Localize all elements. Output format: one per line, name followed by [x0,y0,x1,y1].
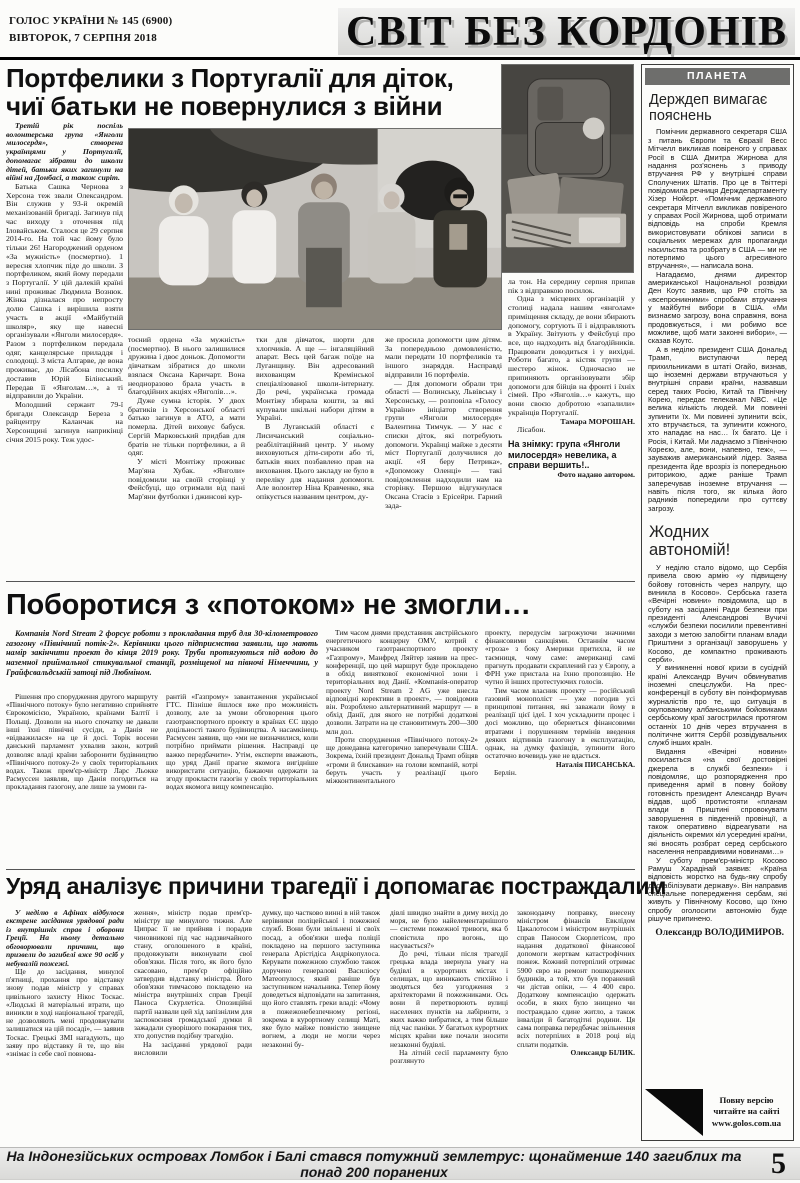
article1-headline-line1: Портфелики з Португалії для діток, [6,63,454,93]
article1-headline: Портфелики з Португалії для діток, чиї б… [6,64,494,120]
article1-column-2: тоєний ордена «За мужність» (посмертно).… [128,336,245,576]
article3-col5-body: законодавчу поправку, внесену міністром … [517,909,635,1049]
paragraph: тки для дівчаток, шорти для хлопчиків. А… [256,336,374,423]
footer-band: На Індонезійських островах Ломбок і Балі… [0,1147,800,1180]
paragraph: Видання «Вечірні новини» посилається «на… [648,748,787,857]
paragraph: Рішення про спорудження другого маршруту… [6,693,158,792]
paragraph: Батька Сашка Чернова з Херсона теж звали… [6,183,123,401]
planet-sidebar: ПЛАНЕТА Держдеп вимагає пояснень Помічни… [641,64,794,1141]
section-title-band: СВІТ БЕЗ КОРДОНІВ [338,8,795,55]
paragraph: ження», міністр подав прем'єр-міністру щ… [134,909,252,1041]
article1-column-1: Третій рік поспіль волонтерська група «Я… [6,122,123,576]
paragraph: На засіданні урядової ради висловили [134,1041,252,1057]
paragraph: Нагадаємо, днями директор американської … [648,271,787,346]
sidebar-story2-author: Олександр ВОЛОДИМИРОВ. [651,928,784,939]
article3-column-1: У неділю в Афінах відбулося екстрене зас… [6,909,124,1139]
article2-col-d-body: проекту, передусім загрожуючи значними ф… [485,629,635,761]
article3-column-3: думку, що частково винні в ній також кер… [262,909,380,1139]
article2-column-a: Рішення про спорудження другого маршруту… [6,693,158,865]
paragraph: — Для допомоги обрали три області — Воли… [385,380,502,511]
article1-column-5: ла тон. На середину серпня припав пік з … [508,278,635,576]
sidebar-section-header: ПЛАНЕТА [645,68,790,85]
paragraph: Проти спорудження «Північного потоку-2» … [326,736,478,785]
sidebar-story2-heading: Жодних автономій! [649,523,786,560]
article2-author-place: Берлін. [485,769,635,777]
paragraph: Одна з місцевих організацій у столиці на… [508,295,635,417]
issue-date: ВІВТОРОК, 7 СЕРПНЯ 2018 [9,30,172,47]
photo-credit: Фото надано автором. [508,471,635,480]
article2-headline: Поборотися з «потоком» не змогли… [6,589,635,622]
header-rule [0,57,800,60]
paragraph: Ще до засідання, минулої п'ятниці, проха… [6,968,124,1058]
sidebar-story2-body: У неділю стало відомо, що Сербія привела… [648,564,787,923]
article1-column-4: же просила допомогти цим дітям. За попер… [385,336,502,576]
article-divider-rule [6,581,635,582]
article2-column-d: проекту, передусім загрожуючи значними ф… [485,629,635,865]
article1-lead: Третій рік поспіль волонтерська група «Я… [6,122,123,183]
paragraph: Тим часом власник проекту — російський г… [485,687,635,761]
sidebar-story1-body: Помічник державного секретаря США з пита… [648,128,787,513]
caption-text: На знімку: група «Янголи милосердя» неве… [508,439,635,471]
lead-paragraph: У неділю в Афінах відбулося екстрене зас… [6,909,124,968]
article2-body: Компанія Nord Stream 2 форсує роботи з п… [6,629,635,865]
article2-column-b: рантій «Газпрому» завантаження українськ… [166,693,318,865]
paragraph: дівлі швидко знайти в диму вихід до моря… [390,909,508,950]
paragraph: законодавчу поправку, внесену міністром … [517,909,635,1049]
section-title: СВІТ БЕЗ КОРДОНІВ [346,8,787,56]
full-version-note: Повну версію читайте на сайті www.golos.… [703,1089,790,1129]
paragraph: Молодший сержант 79-ї бригади Олександр … [6,401,123,445]
paragraph: Помічник державного секретаря США з пита… [648,128,787,270]
article-portfolios-portugal: Портфелики з Португалії для діток, чиї б… [6,64,635,576]
backpack-photo [501,64,634,273]
paragraph: У суботу прем'єр-міністр Косово Рамуш Ха… [648,857,787,924]
paragraph: В Луганській області є Лисичанський соці… [256,423,374,501]
article-divider-rule [6,869,635,870]
paragraph: А в неділю президент США Дональд Трамп, … [648,346,787,513]
article-nord-stream: Поборотися з «потоком» не змогли… Компан… [6,589,635,865]
article1-column-3: тки для дівчаток, шорти для хлопчиків. А… [256,336,374,576]
paragraph: Дуже сумна історія. У двох братиків із Х… [128,397,245,458]
paragraph: До речі, тільки після трагедії грецька в… [390,950,508,1049]
article3-col1-body: Ще до засідання, минулої п'ятниці, проха… [6,968,124,1058]
lead-paragraph: Компанія Nord Stream 2 форсує роботи з п… [6,629,318,677]
lead-paragraph: Третій рік поспіль волонтерська група «Я… [6,122,123,183]
article3-headline: Уряд аналізує причини трагедії і допомаг… [6,873,635,900]
article3-column-5: законодавчу поправку, внесену міністром … [517,909,635,1139]
sidebar-note-row: Повну версію читайте на сайті www.golos.… [642,1087,793,1140]
corner-triangle-icon [645,1089,703,1136]
article1-col1-body: Батька Сашка Чернова з Херсона теж звали… [6,183,123,445]
article1-headline-line2: чиї батьки не повернулися з війни [6,91,442,121]
group-photo [128,128,502,330]
article3-lead: У неділю в Афінах відбулося екстрене зас… [6,909,124,968]
paragraph: На літній сесії парламенту було розгляну… [390,1049,508,1065]
article-greece-fires: Уряд аналізує причини трагедії і допомаг… [6,873,635,1142]
masthead: ГОЛОС УКРАЇНИ № 145 (6900) ВІВТОРОК, 7 С… [9,13,172,46]
article2-lead: Компанія Nord Stream 2 форсує роботи з п… [6,629,318,677]
issue-info: ГОЛОС УКРАЇНИ № 145 (6900) [9,13,172,30]
sidebar-story1-heading: Держдеп вимагає пояснень [649,92,786,124]
article2-column-c: Тим часом днями представник австрійськог… [326,629,478,865]
paragraph: же просила допомогти цим дітям. За попер… [385,336,502,380]
paragraph: У неділю стало відомо, що Сербія привела… [648,564,787,664]
news-ticker: На Індонезійських островах Ломбок і Балі… [0,1148,748,1180]
article3-column-4: дівлі швидко знайти в диму вихід до моря… [390,909,508,1139]
paragraph: рантій «Газпрому» завантаження українськ… [166,693,318,792]
page-number: 5 [748,1149,800,1179]
newspaper-page: ГОЛОС УКРАЇНИ № 145 (6900) ВІВТОРОК, 7 С… [0,0,800,1183]
paragraph: проекту, передусім загрожуючи значними ф… [485,629,635,687]
article1-author-place: Лісабон. [508,426,635,435]
article3-author: Олександр БІЛИК. [517,1049,635,1057]
paragraph: Тим часом днями представник австрійськог… [326,629,478,736]
paragraph: думку, що частково винні в ній також кер… [262,909,380,1049]
paragraph: тоєний ордена «За мужність» (посмертно).… [128,336,245,397]
article3-column-2: ження», міністр подав прем'єр-міністру щ… [134,909,252,1139]
article1-col5-body: ла тон. На середину серпня припав пік з … [508,278,635,418]
paragraph: У виникненні нової кризи в сусідній краї… [648,664,787,748]
photo-caption: На знімку: група «Янголи милосердя» неве… [508,439,635,471]
paragraph: ла тон. На середину серпня припав пік з … [508,278,635,295]
paragraph: У місті Монтіжу проживає Мар'яна Хубак. … [128,458,245,502]
